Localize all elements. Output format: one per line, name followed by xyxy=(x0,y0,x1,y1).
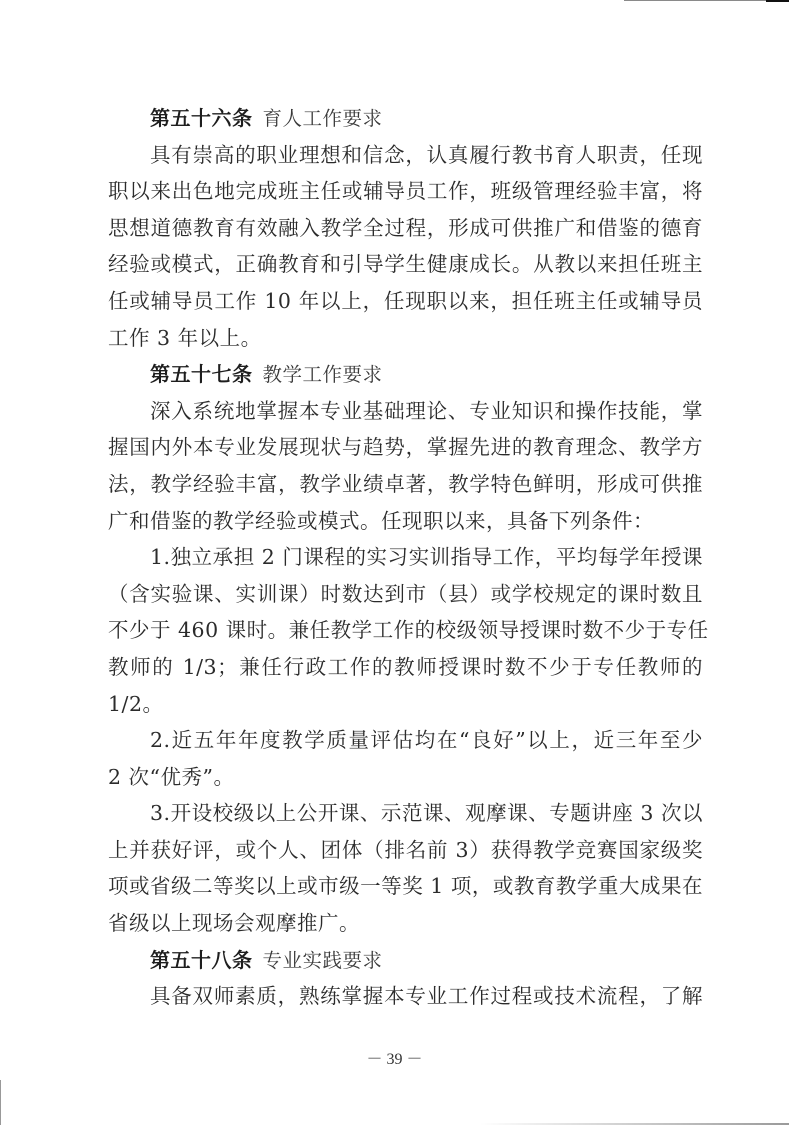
article-heading: 第五十七条教学工作要求 xyxy=(108,356,703,393)
article-heading: 第五十八条专业实践要求 xyxy=(108,942,703,979)
article-title: 教学工作要求 xyxy=(263,363,383,386)
article-title: 专业实践要求 xyxy=(263,949,383,972)
paragraph-line: 具备双师素质，熟练掌握本专业工作过程或技术流程，了解 xyxy=(108,978,703,1015)
list-item-line: （含实验课、实训课）时数达到市（县）或学校规定的课时数且 xyxy=(108,576,703,613)
list-item-line: 省级以上现场会观摩推广。 xyxy=(108,905,703,942)
list-item-line: 2.近五年年度教学质量评估均在“良好”以上，近三年至少 xyxy=(108,722,703,759)
list-item-line: 1.独立承担 2 门课程的实习实训指导工作，平均每学年授课 xyxy=(108,539,703,576)
list-item-line: 2 次“优秀”。 xyxy=(108,759,703,796)
article-number: 第五十六条 xyxy=(150,106,253,130)
list-item-line: 教师的 1/3；兼任行政工作的教师授课时数不少于专任教师的 xyxy=(108,649,703,686)
paragraph-line: 任或辅导员工作 10 年以上，任现职以来，担任班主任或辅导员 xyxy=(108,283,703,320)
article-title: 育人工作要求 xyxy=(263,107,383,130)
paragraph-line: 具有崇高的职业理想和信念，认真履行教书育人职责，任现 xyxy=(108,137,703,174)
page-number: － 39 － xyxy=(0,1046,789,1069)
list-item-line: 不少于 460 课时。兼任教学工作的校级领导授课时数不少于专任 xyxy=(108,612,703,649)
paragraph-line: 经验或模式，正确教育和引导学生健康成长。从教以来担任班主 xyxy=(108,246,703,283)
list-item-line: 1/2。 xyxy=(108,686,703,723)
document-page: 第五十六条育人工作要求 具有崇高的职业理想和信念，认真履行教书育人职责，任现 职… xyxy=(108,100,703,1015)
paragraph-line: 广和借鉴的教学经验或模式。任现职以来，具备下列条件： xyxy=(108,503,703,540)
article-number: 第五十八条 xyxy=(150,948,253,972)
scan-top-edge-line xyxy=(624,0,766,1)
paragraph-line: 思想道德教育有效融入教学全过程，形成可供推广和借鉴的德育 xyxy=(108,210,703,247)
list-item-line: 项或省级二等奖以上或市级一等奖 1 项，或教育教学重大成果在 xyxy=(108,868,703,905)
paragraph-line: 深入系统地掌握本专业基础理论、专业知识和操作技能，掌 xyxy=(108,393,703,430)
scan-corner-mark xyxy=(766,0,789,2)
paragraph-line: 工作 3 年以上。 xyxy=(108,320,703,357)
article-number: 第五十七条 xyxy=(150,362,253,386)
scan-left-edge xyxy=(0,1080,1,1125)
list-item-line: 上并获好评，或个人、团体（排名前 3）获得教学竞赛国家级奖 xyxy=(108,832,703,869)
paragraph-line: 法，教学经验丰富，教学业绩卓著，教学特色鲜明，形成可供推 xyxy=(108,466,703,503)
article-heading: 第五十六条育人工作要求 xyxy=(108,100,703,137)
paragraph-line: 握国内外本专业发展现状与趋势，掌握先进的教育理念、教学方 xyxy=(108,429,703,466)
list-item-line: 3.开设校级以上公开课、示范课、观摩课、专题讲座 3 次以 xyxy=(108,795,703,832)
paragraph-line: 职以来出色地完成班主任或辅导员工作，班级管理经验丰富，将 xyxy=(108,173,703,210)
